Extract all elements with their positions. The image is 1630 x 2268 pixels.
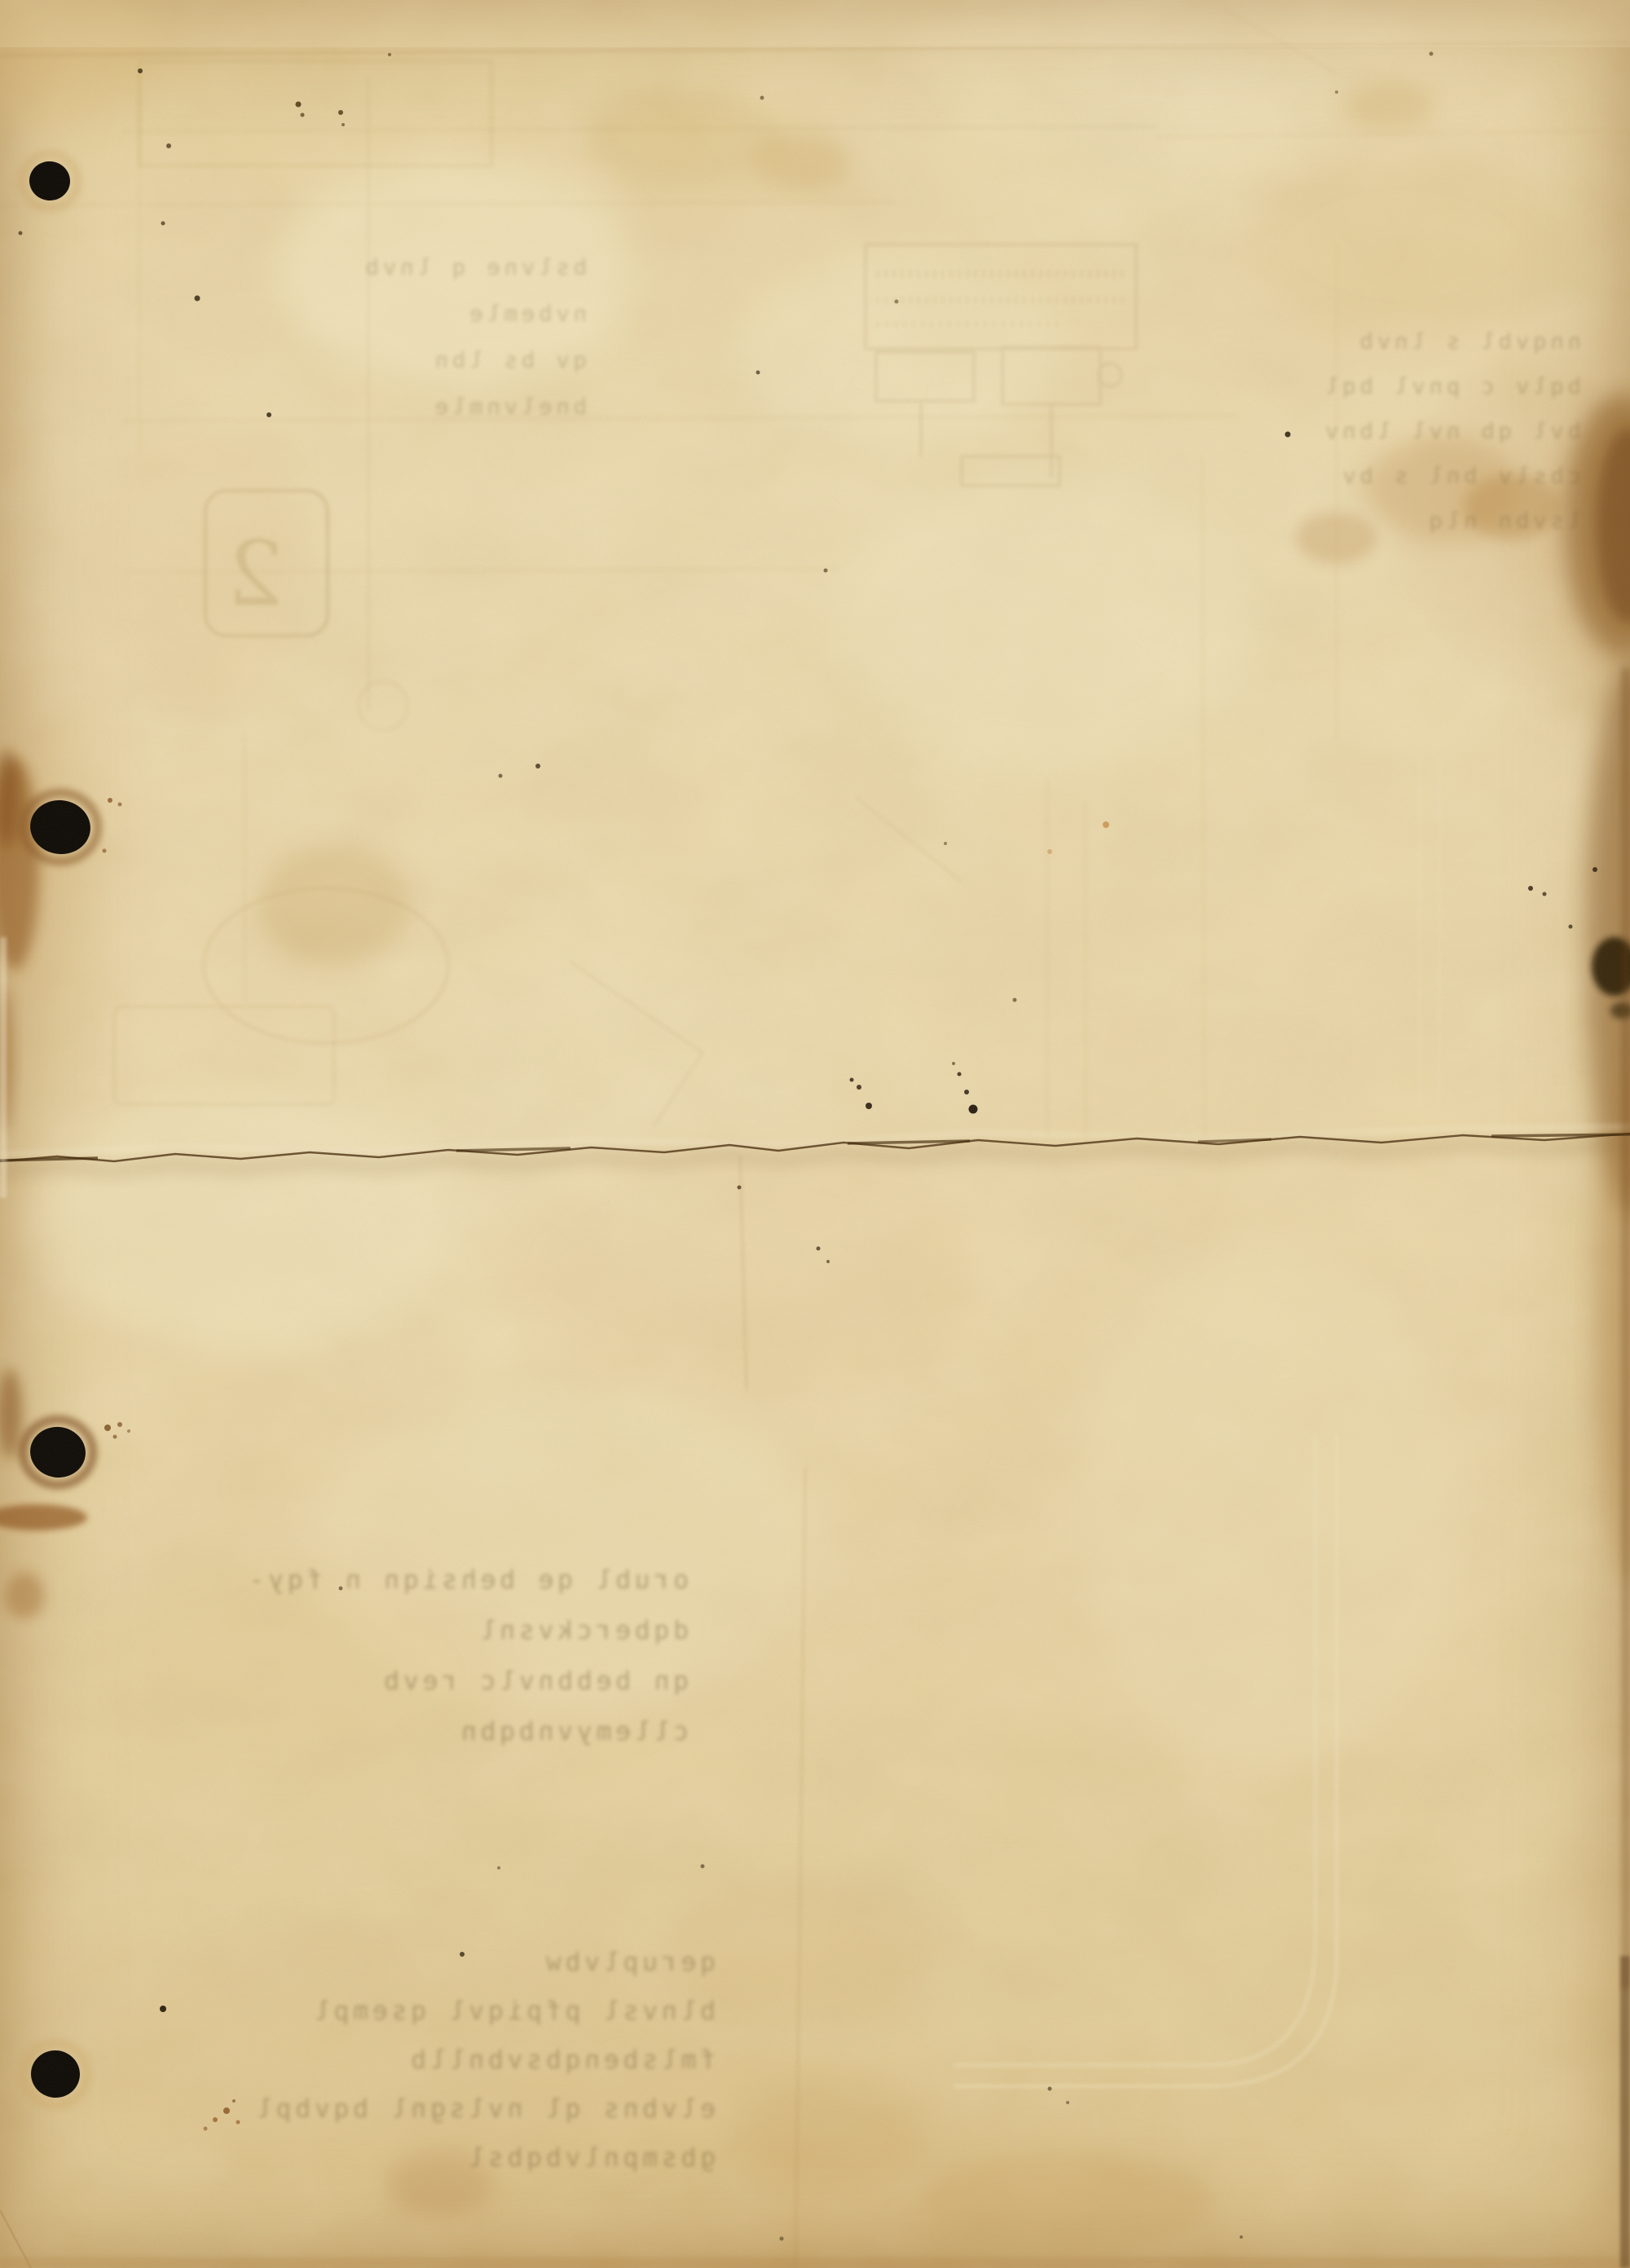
speck: [817, 1247, 821, 1251]
speck: [338, 110, 343, 115]
speck: [19, 231, 23, 236]
light-patch: [1076, 1247, 1467, 1768]
speck: [160, 2006, 166, 2012]
stain: [81, 1923, 766, 2184]
speck: [267, 412, 271, 417]
speck: [1430, 52, 1434, 56]
speck: [826, 1260, 830, 1263]
speck: [1285, 432, 1291, 438]
speck: [296, 102, 302, 108]
speck: [701, 1865, 705, 1869]
speck: [108, 798, 112, 803]
speck: [824, 569, 828, 573]
speck: [213, 2117, 218, 2122]
speck: [958, 1072, 962, 1077]
speck: [1240, 2235, 1243, 2239]
speck: [857, 1085, 861, 1090]
speck: [236, 2120, 240, 2125]
speck: [499, 774, 503, 778]
light-patch: [489, 1133, 978, 1394]
speck: [1593, 867, 1597, 872]
speck: [952, 1062, 955, 1065]
speck: [1528, 886, 1533, 891]
stain: [1365, 436, 1520, 542]
speck: [756, 371, 760, 375]
paper-artwork-layer: 2: [0, 0, 1630, 2268]
speck: [104, 1425, 111, 1431]
speck: [1048, 2087, 1052, 2091]
speck: [760, 96, 764, 100]
speck: [103, 849, 107, 853]
speck: [866, 1103, 872, 1109]
speck: [223, 2107, 230, 2114]
speck: [1047, 849, 1052, 854]
speck: [117, 1422, 122, 1427]
light-patch: [831, 473, 1255, 766]
speck: [118, 803, 122, 807]
speck: [738, 1186, 742, 1190]
speck: [232, 2099, 236, 2103]
stain: [1239, 147, 1565, 342]
speck: [1066, 2101, 1069, 2104]
speck: [138, 68, 143, 73]
stain: [587, 90, 782, 187]
stain: [257, 843, 412, 966]
speck: [127, 1429, 130, 1433]
speck: [1103, 821, 1109, 828]
speck: [850, 1078, 854, 1082]
speck: [969, 1105, 978, 1114]
speck: [301, 113, 305, 117]
speck: [944, 842, 947, 845]
stain: [921, 2151, 1214, 2249]
light-patch: [277, 155, 636, 383]
speck: [341, 123, 345, 126]
stain: [81, 1557, 505, 1785]
speck: [1543, 892, 1547, 896]
speck: [204, 2127, 208, 2131]
stain: [1342, 80, 1437, 132]
speck: [195, 296, 200, 302]
speck: [339, 1587, 343, 1591]
speck: [1569, 925, 1573, 929]
speck: [497, 1866, 500, 1869]
speck: [166, 143, 171, 148]
speck: [1335, 90, 1338, 94]
speck: [1013, 998, 1017, 1002]
speck: [964, 1090, 969, 1094]
stain: [725, 2074, 937, 2196]
speck: [780, 2237, 784, 2241]
stain: [81, 424, 310, 717]
speck: [535, 764, 540, 768]
stain: [1296, 512, 1377, 564]
light-patch: [33, 1092, 456, 1353]
speck: [113, 1435, 117, 1439]
speck: [388, 53, 391, 56]
speck: [895, 300, 899, 304]
stain: [5, 1573, 44, 1618]
speck: [161, 222, 165, 226]
speck: [460, 1952, 465, 1957]
aged-paper-sheet: 2: [0, 0, 1630, 2268]
